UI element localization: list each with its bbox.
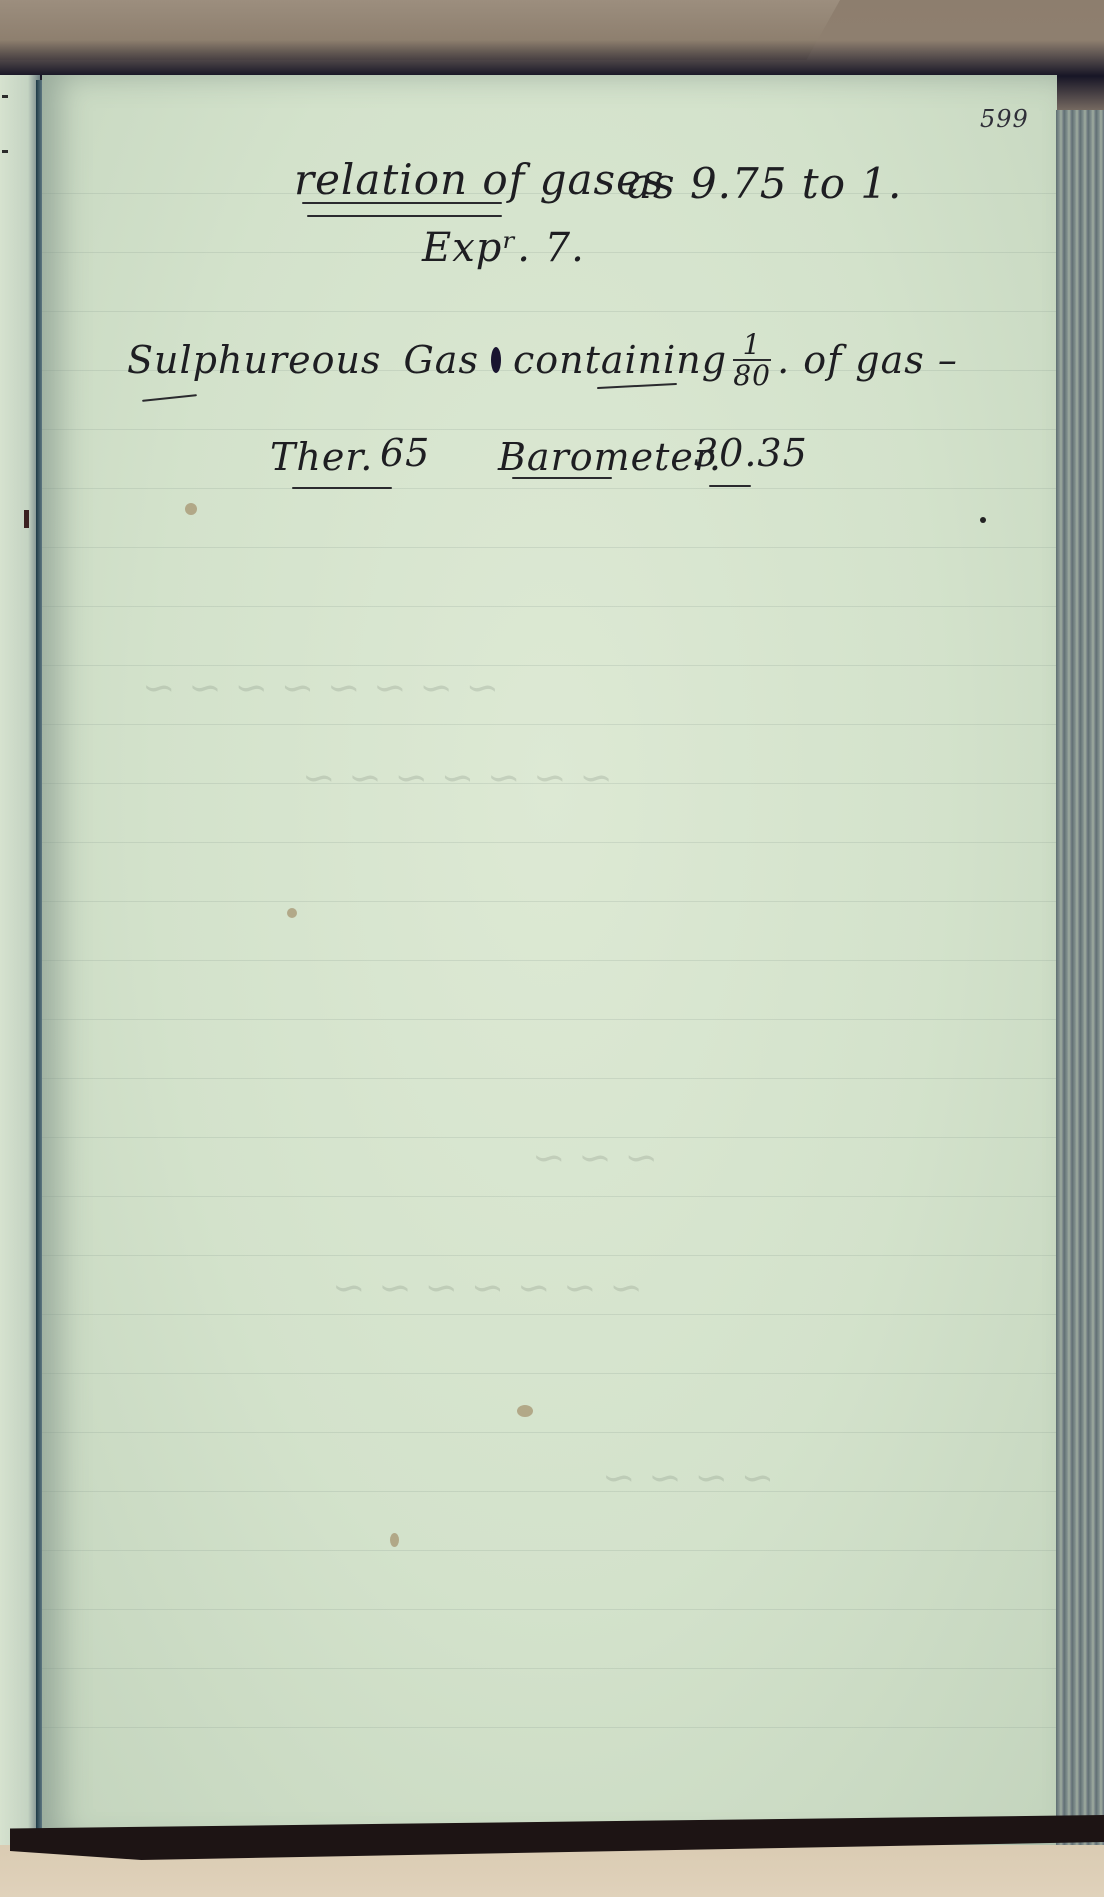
notebook-page: ~ ~ ~ ~ ~ ~ ~ ~ ~ ~ ~ ~ ~ ~ ~ ~ ~ ~ ~ ~ … bbox=[42, 75, 1057, 1845]
word-containing: containing bbox=[513, 338, 727, 382]
bleed-through-text: ~ ~ ~ ~ ~ ~ ~ ~ bbox=[142, 665, 499, 711]
ratio-text: as 9.75 to 1. bbox=[627, 159, 902, 208]
title-underline bbox=[302, 202, 502, 204]
page-number: 599 bbox=[980, 105, 1029, 133]
word-sulphureous: Sulphureous bbox=[127, 338, 381, 382]
thermometer-label: Ther. bbox=[270, 435, 373, 479]
word-of-gas: . of gas – bbox=[777, 338, 958, 382]
fraction-one-eightieth: 1 80 bbox=[733, 330, 771, 391]
fraction-denominator: 80 bbox=[733, 361, 771, 390]
barometer-label: Barometer. bbox=[498, 435, 722, 479]
barometer-underline bbox=[512, 477, 612, 479]
ink-speck bbox=[980, 517, 986, 523]
barometer-value: 30.35 bbox=[694, 431, 808, 475]
experiment-label: Expʳ. 7. bbox=[422, 225, 585, 271]
left-page-ink-mark bbox=[2, 95, 8, 98]
left-page-ink-mark bbox=[24, 510, 29, 528]
paper-stain bbox=[185, 503, 197, 515]
bleed-through-text: ~ ~ ~ ~ bbox=[602, 1455, 774, 1501]
thermometer-value: 65 bbox=[380, 431, 430, 475]
bleed-through-text: ~ ~ ~ ~ ~ ~ ~ bbox=[302, 755, 613, 801]
paper-stain bbox=[390, 1533, 399, 1547]
word-gas: Gas bbox=[403, 338, 479, 382]
barometer-value-underline bbox=[709, 485, 751, 487]
paper-stain bbox=[287, 908, 297, 918]
paper-stain bbox=[517, 1405, 533, 1417]
left-page-ink-mark bbox=[2, 150, 8, 153]
bleed-through-text: ~ ~ ~ bbox=[532, 1135, 658, 1181]
page-edges-stack bbox=[1056, 110, 1104, 1845]
fraction-numerator: 1 bbox=[743, 330, 762, 359]
title-double-underline bbox=[307, 215, 502, 217]
ink-blot bbox=[491, 347, 501, 373]
adjacent-left-page bbox=[0, 75, 40, 1845]
title-underlined-text: relation of gases bbox=[294, 155, 664, 204]
gas-description-line: Sulphureous Gas containing 1 80 . of gas… bbox=[127, 330, 958, 391]
bleed-through-text: ~ ~ ~ ~ ~ ~ ~ bbox=[332, 1265, 643, 1311]
thermometer-underline bbox=[292, 487, 392, 489]
